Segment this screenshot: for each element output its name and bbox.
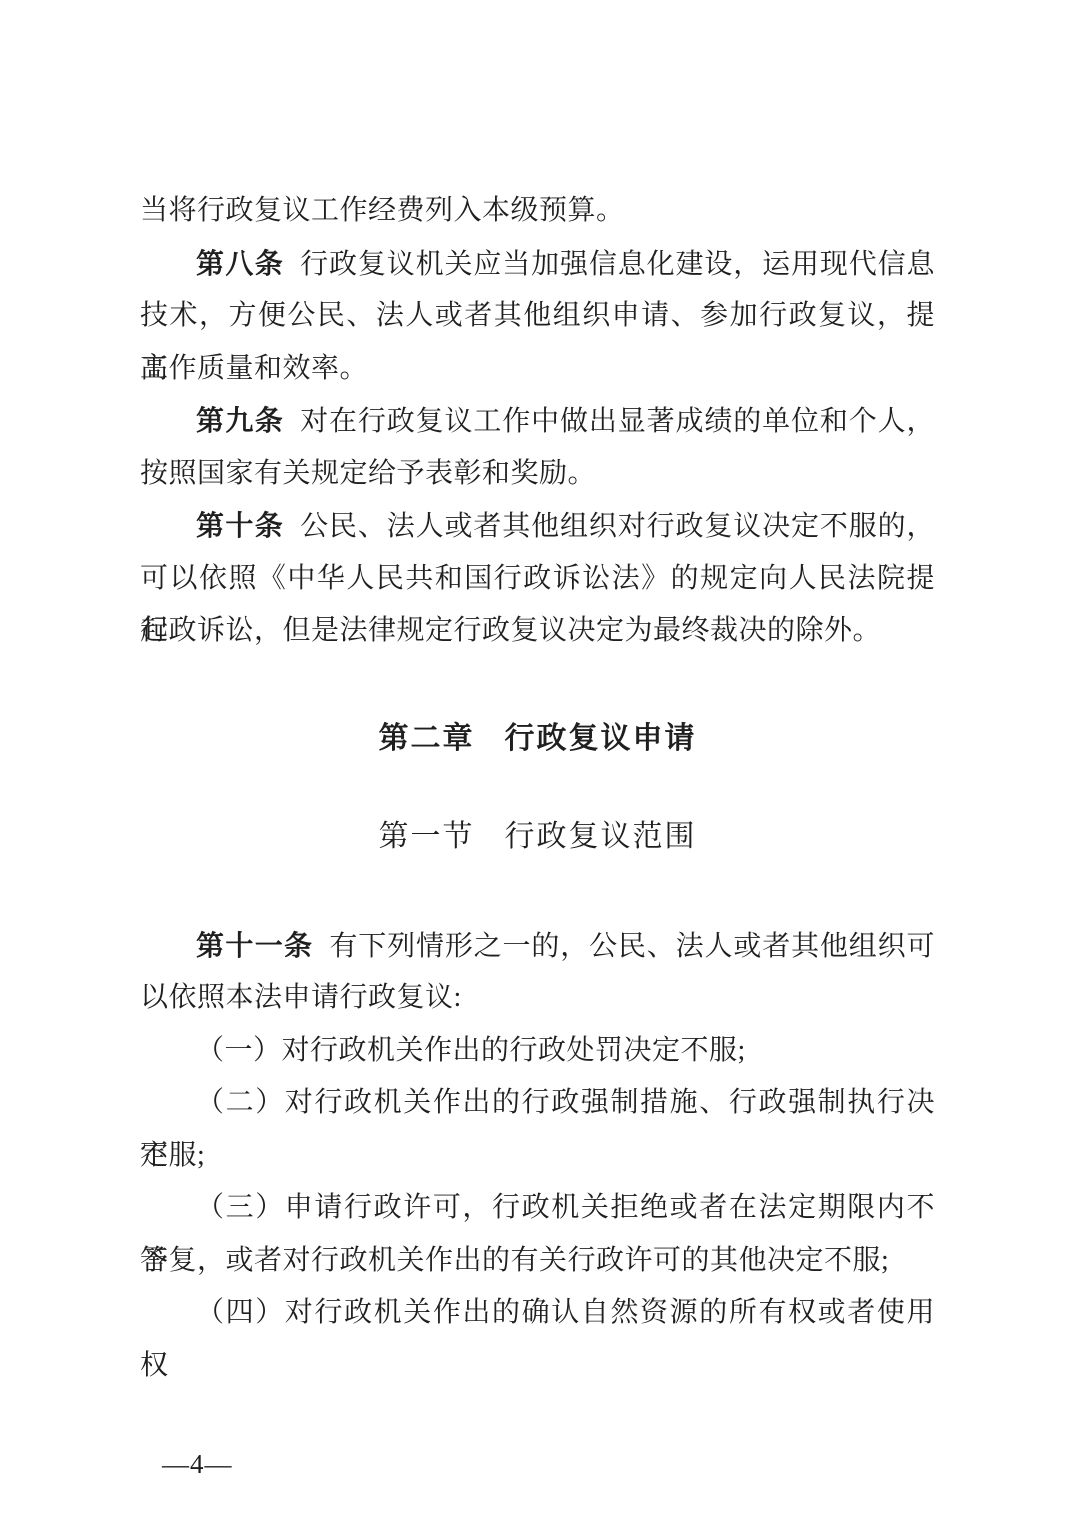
text-line: （一）对行政机关作出的行政处罚决定不服; (140, 1025, 935, 1078)
text-line: （二）对行政机关作出的行政强制措施、行政强制执行决定 (140, 1077, 935, 1130)
line-text: 按照国家有关规定给予表彰和奖励。 (140, 458, 596, 489)
article-number: 第十一条 (196, 930, 313, 961)
line-text: 公民、法人或者其他组织对行政复议决定不服的， (300, 511, 935, 542)
line-text: 行政诉讼，但是法律规定行政复议决定为最终裁决的除外。 (140, 615, 881, 646)
chapter-heading: 第二章行政复议申请 (140, 713, 935, 766)
text-line: 当将行政复议工作经费列入本级预算。 (140, 185, 935, 238)
text-line: 工作质量和效率。 (140, 343, 935, 396)
document-body: 当将行政复议工作经费列入本级预算。第八条行政复议机关应当加强信息化建设，运用现代… (140, 185, 935, 1340)
text-line: 第十一条有下列情形之一的，公民、法人或者其他组织可 (140, 920, 935, 973)
section-heading: 第一节行政复议范围 (140, 811, 935, 864)
line-text: 以依照本法申请行政复议: (140, 982, 462, 1013)
line-text: （四）对行政机关作出的确认自然资源的所有权或者使用权 (140, 1297, 935, 1381)
paragraphs-after-heading: 第十一条有下列情形之一的，公民、法人或者其他组织可以依照本法申请行政复议:（一）… (140, 920, 935, 1340)
chapter-number: 第二章 (379, 722, 475, 755)
chapter-title: 行政复议申请 (505, 722, 697, 755)
section-title: 行政复议范围 (505, 820, 697, 853)
text-line: （四）对行政机关作出的确认自然资源的所有权或者使用权 (140, 1287, 935, 1340)
line-text: 对在行政复议工作中做出显著成绩的单位和个人， (300, 406, 935, 437)
line-text: 工作质量和效率。 (140, 353, 368, 384)
article-number: 第八条 (196, 248, 284, 279)
text-line: 按照国家有关规定给予表彰和奖励。 (140, 448, 935, 501)
text-line: 第九条对在行政复议工作中做出显著成绩的单位和个人， (140, 395, 935, 448)
text-line: 第十条公民、法人或者其他组织对行政复议决定不服的， (140, 500, 935, 553)
line-text: 当将行政复议工作经费列入本级预算。 (140, 195, 625, 226)
section-number: 第一节 (379, 820, 475, 853)
text-line: 答复，或者对行政机关作出的有关行政许可的其他决定不服; (140, 1235, 935, 1288)
document-page: 当将行政复议工作经费列入本级预算。第八条行政复议机关应当加强信息化建设，运用现代… (0, 0, 1074, 1520)
text-line: 第八条行政复议机关应当加强信息化建设，运用现代信息 (140, 238, 935, 291)
text-line: 可以依照《中华人民共和国行政诉讼法》的规定向人民法院提起 (140, 553, 935, 606)
article-number: 第九条 (196, 405, 284, 436)
text-line: 技术，方便公民、法人或者其他组织申请、参加行政复议，提高 (140, 290, 935, 343)
article-number: 第十条 (196, 510, 284, 541)
line-text: 不服; (140, 1140, 205, 1171)
text-line: 不服; (140, 1130, 935, 1183)
line-text: 答复，或者对行政机关作出的有关行政许可的其他决定不服; (140, 1245, 889, 1276)
paragraphs-before-heading: 当将行政复议工作经费列入本级预算。第八条行政复议机关应当加强信息化建设，运用现代… (140, 185, 935, 658)
text-line: 行政诉讼，但是法律规定行政复议决定为最终裁决的除外。 (140, 605, 935, 658)
line-text: 有下列情形之一的，公民、法人或者其他组织可 (329, 931, 935, 962)
line-text: （一）对行政机关作出的行政处罚决定不服; (196, 1035, 746, 1066)
line-text: 行政复议机关应当加强信息化建设，运用现代信息 (300, 249, 935, 280)
page-number: —4— (162, 1448, 233, 1480)
text-line: （三）申请行政许可，行政机关拒绝或者在法定期限内不予 (140, 1182, 935, 1235)
text-line: 以依照本法申请行政复议: (140, 972, 935, 1025)
